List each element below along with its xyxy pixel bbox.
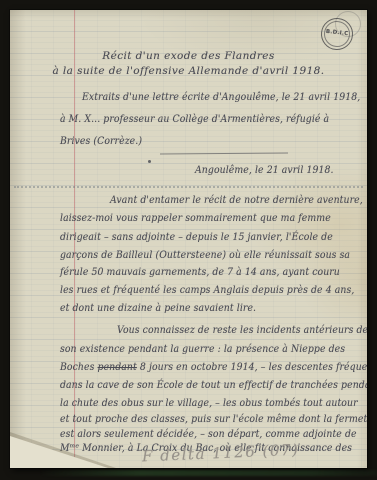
ink-dot (148, 160, 151, 163)
manuscript-line-with-strikethrough: Boches pendant 8 jours en octobre 1914, … (60, 362, 367, 374)
text-segment: 8 jours en octobre 1914, – les descentes… (137, 362, 367, 373)
manuscript-line: garçons de Bailleul (Outtersteene) où el… (60, 250, 350, 262)
manuscript-line: son existence pendant la guerre : la pré… (60, 344, 345, 356)
manuscript-line: et dont une dizaine à peine savaient lir… (60, 303, 256, 315)
manuscript-line: la chute des obus sur le village, – les … (60, 398, 358, 410)
dateline: Angoulême, le 21 avril 1918. (195, 165, 334, 177)
struck-word: pendant (98, 362, 137, 373)
manuscript-line: dans la cave de son École de tout un eff… (60, 380, 367, 392)
text-segment: Boches (60, 362, 98, 373)
manuscript-line: férule 50 mauvais garnements, de 7 à 14 … (60, 267, 340, 279)
title-line-1: Récit d'un exode des Flandres (10, 50, 367, 62)
manuscript-line: les rues et fréquenté les camps Anglais … (60, 285, 354, 297)
manuscript-page: B.D.I.C Récit d'un exode des Flandres à … (10, 10, 367, 468)
manuscript-line: dirigeait – sans adjointe – depuis le 15… (60, 232, 333, 244)
photograph-background: B.D.I.C Récit d'un exode des Flandres à … (0, 0, 377, 480)
manuscript-line: laissez-moi vous rappeler sommairement q… (60, 213, 331, 225)
manuscript-line: Avant d'entamer le récit de notre derniè… (110, 195, 363, 207)
hand-drawn-separator (160, 152, 288, 154)
heading-line-1: Extraits d'une lettre écrite d'Angoulême… (82, 92, 360, 104)
manuscript-line: Vous connaissez de reste les incidents a… (117, 325, 367, 337)
heading-line-2: à M. X... professeur au Collège d'Arment… (60, 114, 329, 126)
library-stamp-label: B.D.I.C (326, 30, 349, 38)
corner-fold (10, 436, 108, 468)
title-line-2: à la suite de l'offensive Allemande d'av… (10, 65, 367, 77)
manuscript-line: et tout proche des classes, puis sur l'é… (60, 414, 367, 426)
dotted-rule (14, 186, 363, 188)
heading-line-3: Brives (Corrèze.) (60, 136, 142, 148)
pencil-shelfmark: F delta 1126 (07) (142, 443, 300, 465)
